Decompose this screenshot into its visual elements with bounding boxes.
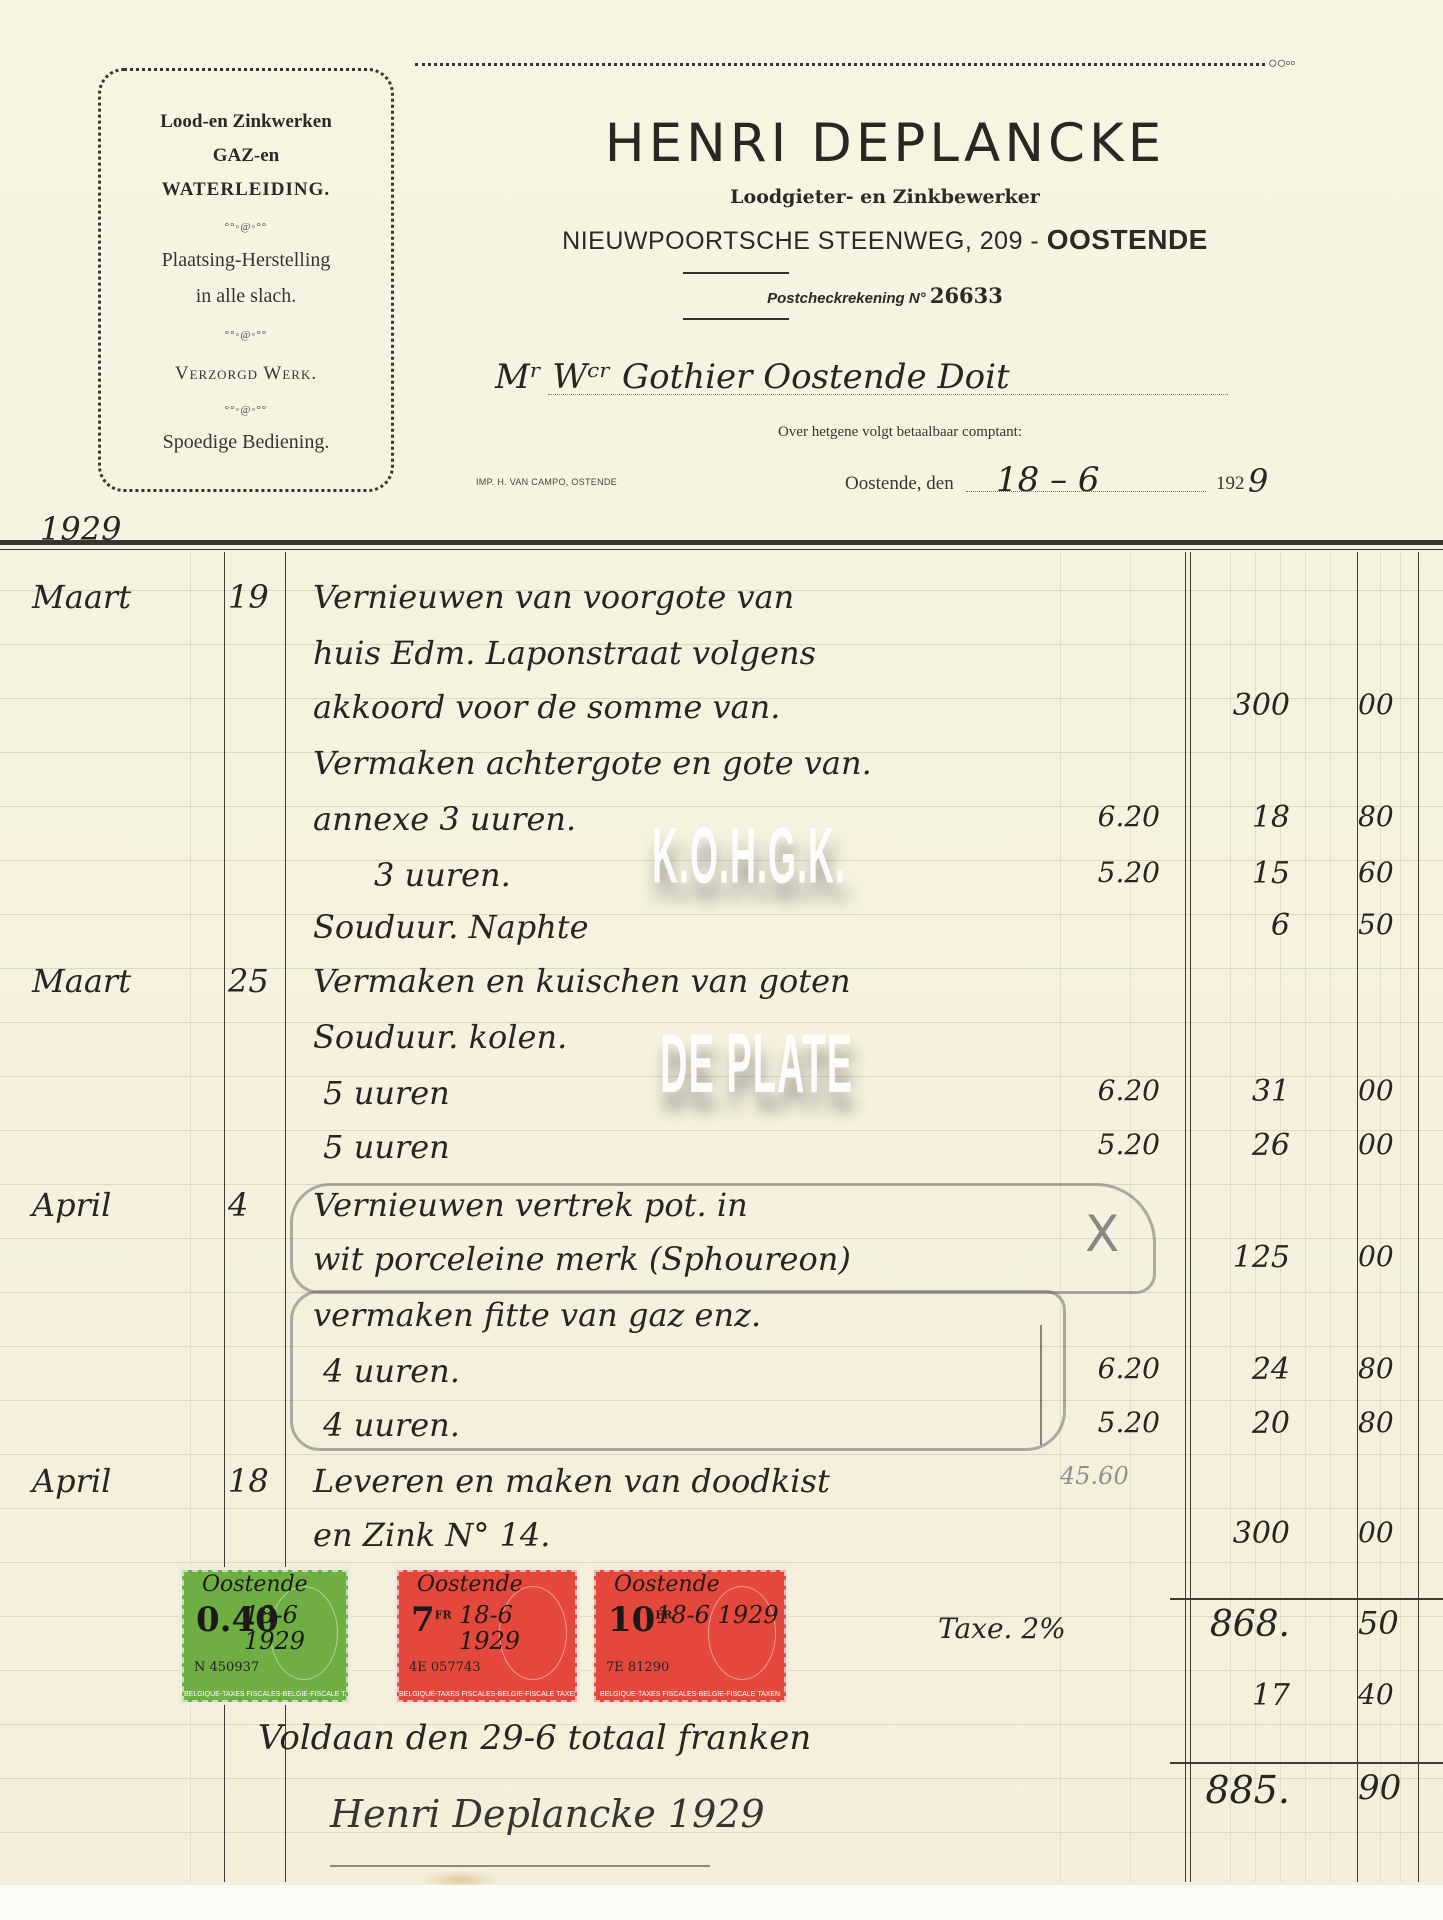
- ledger-amount: 15: [1160, 856, 1290, 891]
- services-line-7: Spoedige Bediening.: [101, 431, 391, 454]
- date-dotted-line: [966, 491, 1206, 492]
- stamp-value: 7FR: [411, 1600, 452, 1640]
- trade-description: Loodgieter- en Zinkbewerker: [490, 186, 1280, 208]
- ledger-cents: 00: [1358, 1074, 1418, 1107]
- tax-amount: 17: [1160, 1678, 1290, 1713]
- tax-cents: 40: [1358, 1678, 1418, 1711]
- ledger-description: annexe 3 uuren.: [313, 800, 576, 838]
- ledger-cents: 80: [1358, 1406, 1418, 1439]
- ledger-cents: 60: [1358, 856, 1418, 889]
- header-thin-rule: [0, 549, 1443, 550]
- services-line-1: Lood-en Zinkwerken: [101, 111, 391, 133]
- stamp-value-number: 7: [411, 1600, 435, 1640]
- ledger-cents: 00: [1358, 688, 1418, 721]
- services-line-5: in alle slach.: [101, 285, 391, 308]
- flourish-icon: °°◦@◦°°: [101, 329, 391, 341]
- services-line-6: Verzorgd Werk.: [101, 363, 391, 385]
- stamp-cancel-place: Oostende: [614, 1572, 720, 1597]
- services-ornamental-box: Lood-en Zinkwerken GAZ-en WATERLEIDING. …: [98, 68, 394, 492]
- services-line-4: Plaatsing-Herstelling: [101, 249, 391, 272]
- ledger-cents: 00: [1358, 1240, 1418, 1273]
- ledger-rate: 5.20: [1050, 856, 1160, 889]
- total-cents: 90: [1358, 1768, 1418, 1808]
- ledger-amount: 31: [1160, 1074, 1290, 1109]
- stamp-cancel-date: 18-6 1929: [656, 1602, 779, 1628]
- ornament-circles-icon: ○○◦◦: [1268, 55, 1295, 73]
- ledger-cents: 00: [1358, 1128, 1418, 1161]
- stamp-legend: BELGIQUE-TAXES FISCALES-BELGIE-FISCALE T…: [184, 1691, 346, 1698]
- ledger-description: Vernieuwen van voorgote van: [313, 578, 794, 616]
- grid-line: [1305, 552, 1306, 1882]
- total-amount: 885.: [1160, 1768, 1290, 1812]
- stamp-legend: BELGIQUE-TAXES FISCALES-BELGIE-FISCALE T…: [399, 1691, 575, 1698]
- divider: [683, 272, 789, 274]
- ledger-description: Vermaken achtergote en gote van.: [313, 744, 872, 782]
- stamp-value-unit: FR: [435, 1609, 452, 1622]
- ledger-description: Souduur. Naphte: [313, 908, 589, 946]
- ledger-amount: 125: [1160, 1240, 1290, 1275]
- ledger-amount: 18: [1160, 800, 1290, 835]
- pencil-bracket-oval: [290, 1290, 1066, 1451]
- stamp-cancel-place: Oostende: [417, 1572, 523, 1597]
- stamp-cancel-place: Oostende: [202, 1572, 308, 1597]
- ledger-month: April: [32, 1462, 111, 1500]
- ledger-month: Maart: [32, 578, 131, 616]
- ledger-cents: 00: [1358, 1516, 1418, 1549]
- printer-credit: IMP. H. VAN CAMPO, OSTENDE: [476, 477, 617, 487]
- ledger-amount: 300: [1160, 688, 1290, 723]
- bracket-line: [1040, 1325, 1042, 1445]
- signature: Henri Deplancke 1929: [330, 1792, 765, 1836]
- services-line-2: GAZ-en: [101, 145, 391, 167]
- invoice-date: 18 – 6: [996, 460, 1100, 500]
- ruled-line: [0, 1454, 1443, 1455]
- postcheck-account: Postcheckrekening N° 26633: [490, 283, 1280, 308]
- ledger-rate: 5.20: [1050, 1406, 1160, 1439]
- place-label: Oostende, den: [845, 473, 954, 495]
- stamp-serial: 4E 057743: [409, 1660, 481, 1675]
- recipient-handwritten: Mʳ Wᶜʳ Gothier Oostende Doit: [495, 357, 1010, 397]
- tax-label: Taxe. 2%: [938, 1612, 1066, 1645]
- ornamental-dotted-rule: [415, 63, 1265, 66]
- year-suffix: 9: [1248, 462, 1268, 500]
- stamp-serial: N 450937: [194, 1660, 259, 1675]
- stamp-cancel-date: 18-6 1929: [459, 1602, 575, 1654]
- revenue-stamp-7fr: 7FR 4E 057743 Oostende 18-6 1929 BELGIQU…: [397, 1570, 577, 1702]
- ledger-description: Leveren en maken van doodkist: [313, 1462, 830, 1500]
- stamp-cancel-date: 18-6 1929: [244, 1602, 346, 1654]
- flourish-icon: °°◦@◦°°: [101, 404, 391, 416]
- ledger-day: 25: [228, 962, 269, 1000]
- subtotal-cents: 50: [1358, 1604, 1418, 1642]
- grid-line: [1330, 552, 1331, 1882]
- ledger-rate: 6.20: [1050, 1352, 1160, 1385]
- pencil-subtotal-note: 45.60: [1060, 1462, 1129, 1490]
- ledger-amount: 26: [1160, 1128, 1290, 1163]
- header-thick-rule: [0, 540, 1443, 545]
- ledger-day: 19: [228, 578, 269, 616]
- ledger-amount: 20: [1160, 1406, 1290, 1441]
- revenue-stamp-0-40: 0.40 N 450937 Oostende 18-6 1929 BELGIQU…: [182, 1570, 348, 1702]
- ledger-month: Maart: [32, 962, 131, 1000]
- revenue-stamp-10fr: 10FR 7E 81290 Oostende 18-6 1929 BELGIQU…: [594, 1570, 786, 1702]
- ledger-cents: 80: [1358, 800, 1418, 833]
- pencil-x-mark: X: [1085, 1205, 1119, 1263]
- pencil-bracket-oval: [290, 1183, 1156, 1294]
- signature-underline: [330, 1865, 710, 1867]
- services-line-3: WATERLEIDING.: [101, 179, 391, 201]
- ledger-rate: 5.20: [1050, 1128, 1160, 1161]
- ledger-description: 5 uuren: [313, 1128, 450, 1166]
- watermark-bottom: DE PLATE: [660, 1019, 853, 1114]
- stamp-serial: 7E 81290: [606, 1660, 669, 1675]
- company-name: HENRI DEPLANCKE: [490, 113, 1280, 174]
- postcheck-label: Postcheckrekening N°: [767, 290, 926, 307]
- ledger-day: 4: [228, 1186, 248, 1224]
- address-city: OOSTENDE: [1047, 224, 1208, 255]
- ledger-day: 18: [228, 1462, 269, 1500]
- divider: [683, 318, 789, 320]
- watermark-top: K.O.H.G.K.: [652, 810, 846, 902]
- ledger-description: Vermaken en kuischen van goten: [313, 962, 851, 1000]
- company-address: NIEUWPOORTSCHE STEENWEG, 209 - OOSTENDE: [490, 224, 1280, 256]
- ledger-cents: 80: [1358, 1352, 1418, 1385]
- flourish-icon: °°◦@◦°°: [101, 221, 391, 233]
- subtotal-amount: 868.: [1160, 1604, 1290, 1645]
- ledger-rate: 6.20: [1050, 1074, 1160, 1107]
- ledger-month: April: [32, 1186, 111, 1224]
- recipient-dotted-line: [548, 394, 1228, 395]
- payment-terms: Over hetgene volgt betaalbaar comptant:: [640, 424, 1160, 441]
- paid-note: Voldaan den 29-6 totaal franken: [258, 1718, 811, 1758]
- ledger-amount: 6: [1160, 908, 1290, 943]
- scan-margin: [0, 1885, 1443, 1920]
- ledger-description: Souduur. kolen.: [313, 1018, 567, 1056]
- ledger-description: 3 uuren.: [313, 856, 511, 894]
- ledger-amount: 300: [1160, 1516, 1290, 1551]
- ledger-description: 5 uuren: [313, 1074, 450, 1112]
- ledger-description: en Zink N° 14.: [313, 1516, 550, 1554]
- total-rule: [1170, 1762, 1443, 1764]
- ledger-rate: 6.20: [1050, 800, 1160, 833]
- ledger-cents: 50: [1358, 908, 1418, 941]
- postcheck-number: 26633: [930, 283, 1003, 308]
- stamp-legend: BELGIQUE-TAXES FISCALES-BELGIE-FISCALE T…: [596, 1691, 784, 1698]
- ruled-line: [0, 1562, 1443, 1563]
- ledger-description: akkoord voor de somme van.: [313, 688, 780, 726]
- year-prefix: 192: [1216, 473, 1245, 495]
- subtotal-rule: [1170, 1598, 1443, 1600]
- ledger-amount: 24: [1160, 1352, 1290, 1387]
- ruled-line: [0, 1508, 1443, 1509]
- address-street: NIEUWPOORTSCHE STEENWEG, 209 -: [562, 227, 1039, 255]
- stamp-value-number: 10: [608, 1600, 655, 1640]
- ledger-description: huis Edm. Laponstraat volgens: [313, 634, 816, 672]
- column-divider-right: [1418, 552, 1419, 1882]
